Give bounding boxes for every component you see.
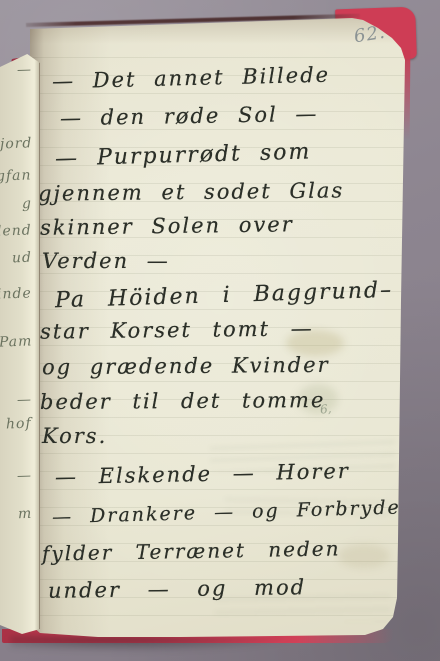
handwriting-line: star Korset tomt —: [40, 316, 314, 343]
handwriting-fragment: Pam: [0, 333, 32, 350]
handwriting-fragment: g: [22, 196, 33, 212]
handwriting-line: og grædende Kvinder: [42, 353, 330, 380]
handwriting-line: under — og mod: [48, 575, 306, 603]
photo-backdrop: 62. 6, — Det annet Billede — den røde So…: [0, 0, 440, 661]
handwriting-fragment: ud: [12, 250, 33, 267]
notebook-page: 62. 6, — Det annet Billede — den røde So…: [0, 0, 440, 661]
handwriting-fragment: gjord: [0, 135, 32, 152]
handwriting-fragment: hof: [6, 416, 32, 433]
handwriting-fragment: gfan: [0, 167, 32, 184]
handwriting-fragment: —: [17, 392, 33, 409]
left-page-fore-edge: — gjord gfan g lend ud inde Pam — hof — …: [0, 54, 40, 634]
handwriting-line: — den røde Sol —: [60, 102, 319, 131]
page-drop-shadow: [10, 636, 410, 658]
handwriting-fragment: inde: [0, 285, 32, 302]
handwriting-fragment: lend: [0, 222, 32, 239]
handwriting-fragment: —: [17, 468, 33, 485]
handwriting-line: gjennem et sodet Glas: [38, 178, 344, 205]
paper-stain: [338, 544, 390, 568]
handwriting-fragment: —: [17, 62, 33, 79]
handwriting-line: Verden —: [42, 249, 170, 273]
handwriting-fragment: m: [17, 506, 32, 522]
handwriting-line: beder til det tomme: [40, 388, 325, 414]
handwriting-line: skinner Solen over: [40, 212, 294, 240]
handwriting-line: Kors.: [42, 424, 107, 448]
